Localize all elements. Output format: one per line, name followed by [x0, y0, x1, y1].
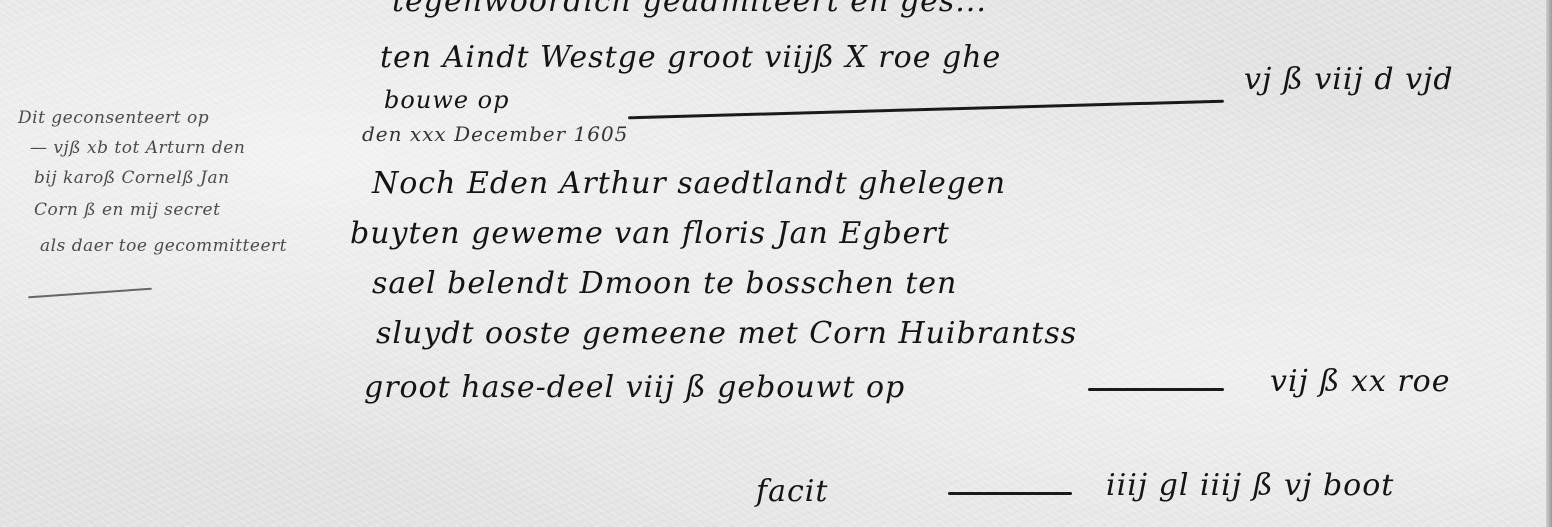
entry-top-underline — [628, 100, 1224, 120]
margin-note-line-3: bij karoß Cornelß Jan — [34, 168, 230, 188]
entry-top-line-1: tegenwoordich geadmiteert en ges... — [392, 0, 987, 19]
page-edge — [1546, 0, 1552, 527]
entry-main-line-4: sluydt ooste gemeene met Corn Huibrantss — [376, 316, 1077, 351]
margin-note-rule — [28, 288, 152, 299]
entry-main-dash — [1088, 388, 1224, 391]
total-dash — [948, 492, 1072, 495]
entry-main-line-3: sael belendt Dmoon te bosschen ten — [372, 266, 957, 301]
total-label: facit — [756, 474, 828, 509]
entry-main-amount: vij ß xx roe — [1270, 364, 1451, 399]
entry-main-line-5: groot hase-deel viij ß gebouwt op — [364, 370, 905, 405]
entry-top-line-3: bouwe op — [384, 86, 509, 114]
date-line: den xxx December 1605 — [362, 122, 628, 146]
margin-note-line-2: — vjß xb tot Arturn den — [30, 138, 245, 158]
entry-main-line-1: Noch Eden Arthur saedtlandt ghelegen — [372, 166, 1006, 201]
total-amount: iiij gl iiij ß vj boot — [1106, 468, 1394, 503]
entry-top-line-2: ten Aindt Westge groot viijß X roe ghe — [380, 40, 1001, 75]
manuscript-page: Dit geconsenteert op — vjß xb tot Arturn… — [0, 0, 1552, 527]
margin-note-line-5: als daer toe gecommitteert — [40, 236, 287, 256]
entry-main-line-2: buyten geweme van floris Jan Egbert — [350, 216, 950, 251]
entry-top-amount: vj ß viij d vjd — [1244, 62, 1454, 97]
margin-note-line-1: Dit geconsenteert op — [18, 108, 209, 128]
margin-note-line-4: Corn ß en mij secret — [34, 200, 220, 220]
